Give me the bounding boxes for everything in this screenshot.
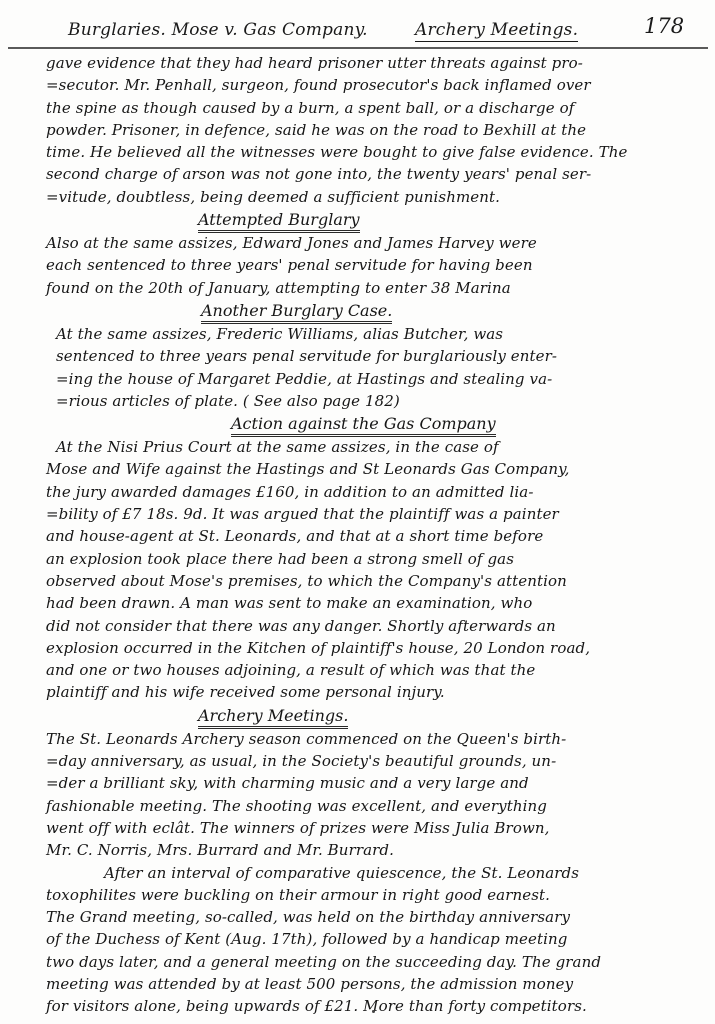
ink-speck [372, 1010, 375, 1013]
heading-archery-meetings: Archery Meetings. [198, 706, 348, 729]
text-line: the jury awarded damages £160, in additi… [46, 481, 686, 503]
text-line: meeting was attended by at least 500 per… [46, 973, 686, 995]
text-line: At the Nisi Prius Court at the same assi… [46, 436, 686, 458]
text-line: =rious articles of plate. ( See also pag… [46, 390, 686, 412]
header-rule [8, 47, 708, 49]
section-heading: Another Burglary Case. [46, 299, 686, 323]
text-line: for visitors alone, being upwards of £21… [46, 995, 686, 1017]
text-line: did not consider that there was any dang… [46, 615, 686, 637]
text-line: Also at the same assizes, Edward Jones a… [46, 232, 686, 254]
text-line: and one or two houses adjoining, a resul… [46, 659, 686, 681]
text-line: an explosion took place there had been a… [46, 548, 686, 570]
page-body: gave evidence that they had heard prison… [46, 52, 686, 1018]
section-heading: Action against the Gas Company [46, 412, 686, 436]
text-line: =day anniversary, as usual, in the Socie… [46, 750, 686, 772]
text-line: fashionable meeting. The shooting was ex… [46, 795, 686, 817]
text-line: observed about Mose's premises, to which… [46, 570, 686, 592]
text-line: plaintiff and his wife received some per… [46, 681, 686, 703]
text-line: Mose and Wife against the Hastings and S… [46, 458, 686, 480]
section-archery-meetings: Archery Meetings. The St. Leonards Arche… [46, 704, 686, 1018]
heading-attempted-burglary: Attempted Burglary [198, 210, 360, 233]
running-title-part-burglaries: Burglaries. [68, 20, 166, 40]
running-title: Burglaries. Mose v. Gas Company. Archery… [68, 20, 578, 40]
text-line: and house-agent at St. Leonards, and tha… [46, 525, 686, 547]
text-line: =bility of £7 18s. 9d. It was argued tha… [46, 503, 686, 525]
text-line: After an interval of comparative quiesce… [46, 862, 686, 884]
text-line: =secutor. Mr. Penhall, surgeon, found pr… [46, 74, 686, 96]
text-line: gave evidence that they had heard prison… [46, 52, 686, 74]
text-line: =der a brilliant sky, with charming musi… [46, 772, 686, 794]
page-number: 178 [644, 14, 684, 38]
text-line: went off with eclât. The winners of priz… [46, 817, 686, 839]
text-line: =vitude, doubtless, being deemed a suffi… [46, 186, 686, 208]
text-line: sentenced to three years penal servitude… [46, 345, 686, 367]
text-line: The Grand meeting, so-called, was held o… [46, 906, 686, 928]
text-line: powder. Prisoner, in defence, said he wa… [46, 119, 686, 141]
text-line: explosion occurred in the Kitchen of pla… [46, 637, 686, 659]
text-line: of the Duchess of Kent (Aug. 17th), foll… [46, 928, 686, 950]
text-line: the spine as though caused by a burn, a … [46, 97, 686, 119]
manuscript-page: Burglaries. Mose v. Gas Company. Archery… [0, 0, 715, 1024]
heading-gas-company: Action against the Gas Company [231, 414, 496, 437]
text-line: time. He believed all the witnesses were… [46, 141, 686, 163]
text-line: Mr. C. Norris, Mrs. Burrard and Mr. Burr… [46, 839, 686, 861]
section-attempted-burglary: Attempted Burglary Also at the same assi… [46, 208, 686, 299]
text-line: found on the 20th of January, attempting… [46, 277, 686, 299]
text-line: two days later, and a general meeting on… [46, 951, 686, 973]
section-heading: Attempted Burglary [46, 208, 686, 232]
page-header: Burglaries. Mose v. Gas Company. Archery… [8, 14, 715, 48]
text-line: had been drawn. A man was sent to make a… [46, 592, 686, 614]
section-gas-company: Action against the Gas Company At the Ni… [46, 412, 686, 704]
text-line: At the same assizes, Frederic Williams, … [46, 323, 686, 345]
text-line: =ing the house of Margaret Peddie, at Ha… [46, 368, 686, 390]
section-heading: Archery Meetings. [46, 704, 686, 728]
text-line: each sentenced to three years' penal ser… [46, 254, 686, 276]
text-line: second charge of arson was not gone into… [46, 163, 686, 185]
text-line: toxophilites were buckling on their armo… [46, 884, 686, 906]
section-prisoner-evidence: gave evidence that they had heard prison… [46, 52, 686, 208]
heading-another-burglary: Another Burglary Case. [201, 301, 392, 324]
text-line: The St. Leonards Archery season commence… [46, 728, 686, 750]
running-title-part-archery: Archery Meetings. [415, 20, 578, 42]
section-another-burglary: Another Burglary Case. At the same assiz… [46, 299, 686, 412]
running-title-part-gas-company: Mose v. Gas Company. [172, 20, 368, 40]
